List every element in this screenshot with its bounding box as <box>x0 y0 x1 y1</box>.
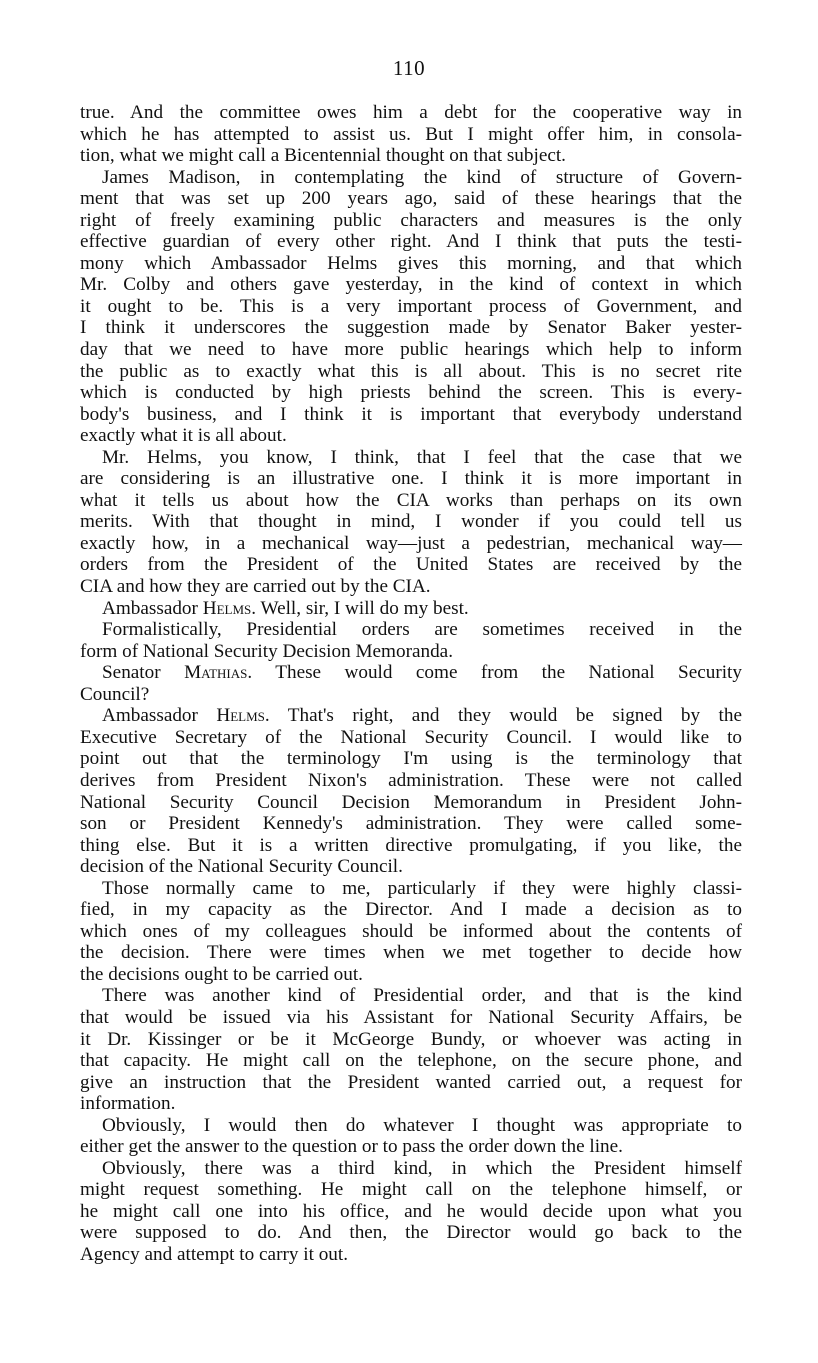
text-line: There was another kind of Presidential o… <box>80 985 742 1007</box>
text-line: Agency and attempt to carry it out. <box>80 1244 742 1266</box>
text-line: National Security Council Decision Memor… <box>80 792 742 814</box>
text-line: the decision. There were times when we m… <box>80 942 742 964</box>
text-line: son or President Kennedy's administratio… <box>80 813 742 835</box>
text-line: exactly what it is all about. <box>80 425 742 447</box>
speech-text: . These would come from the National Sec… <box>247 662 742 683</box>
text-line: effective guardian of every other right.… <box>80 231 742 253</box>
speaker-paragraph: Ambassador Helms. Well, sir, I will do m… <box>80 598 742 620</box>
text-line: exactly how, in a mechanical way—just a … <box>80 533 742 555</box>
paragraph: Obviously, there was a third kind, in wh… <box>80 1158 742 1266</box>
text-line: mony which Ambassador Helms gives this m… <box>80 253 742 275</box>
text-line: Obviously, there was a third kind, in wh… <box>80 1158 742 1180</box>
text-line: thing else. But it is a written directiv… <box>80 835 742 857</box>
text-line: James Madison, in contemplating the kind… <box>80 167 742 189</box>
text-line: true. And the committee owes him a debt … <box>80 102 742 124</box>
text-line: body's business, and I think it is impor… <box>80 404 742 426</box>
speaker-paragraph: Senator Mathias. These would come from t… <box>80 662 742 705</box>
text-line: Ambassador Helms. Well, sir, I will do m… <box>80 598 742 620</box>
text-line: Council? <box>80 684 742 706</box>
text-line: information. <box>80 1093 742 1115</box>
text-line: that capacity. He might call on the tele… <box>80 1050 742 1072</box>
text-line: CIA and how they are carried out by the … <box>80 576 742 598</box>
text-line: Those normally came to me, particularly … <box>80 878 742 900</box>
text-line: Obviously, I would then do whatever I th… <box>80 1115 742 1137</box>
paragraph: There was another kind of Presidential o… <box>80 985 742 1114</box>
text-line: day that we need to have more public hea… <box>80 339 742 361</box>
paragraph: Those normally came to me, particularly … <box>80 878 742 986</box>
text-line: Executive Secretary of the National Secu… <box>80 727 742 749</box>
text-line: Ambassador Helms. That's right, and they… <box>80 705 742 727</box>
text-line: which ones of my colleagues should be in… <box>80 921 742 943</box>
speaker-prefix: Ambassador <box>102 598 203 619</box>
text-line: either get the answer to the question or… <box>80 1136 742 1158</box>
text-line: were supposed to do. And then, the Direc… <box>80 1222 742 1244</box>
text-line: ment that was set up 200 years ago, said… <box>80 188 742 210</box>
speech-text: . Well, sir, I will do my best. <box>251 598 468 619</box>
text-line: I think it underscores the suggestion ma… <box>80 317 742 339</box>
speaker-name: Helms <box>203 598 252 619</box>
text-line: Mr. Helms, you know, I think, that I fee… <box>80 447 742 469</box>
text-line: derives from President Nixon's administr… <box>80 770 742 792</box>
speaker-paragraph: Ambassador Helms. That's right, and they… <box>80 705 742 877</box>
text-line: are considering is an illustrative one. … <box>80 468 742 490</box>
text-line: it Dr. Kissinger or be it McGeorge Bundy… <box>80 1029 742 1051</box>
speaker-name: Mathias <box>184 662 247 683</box>
text-line: Mr. Colby and others gave yesterday, in … <box>80 274 742 296</box>
text-line: the decisions ought to be carried out. <box>80 964 742 986</box>
page-number: 110 <box>0 56 818 81</box>
text-line: he might call one into his office, and h… <box>80 1201 742 1223</box>
text-line: tion, what we might call a Bicentennial … <box>80 145 742 167</box>
text-line: fied, in my capacity as the Director. An… <box>80 899 742 921</box>
text-line: orders from the President of the United … <box>80 554 742 576</box>
text-line: form of National Security Decision Memor… <box>80 641 742 663</box>
paragraph: Mr. Helms, you know, I think, that I fee… <box>80 447 742 598</box>
document-body: true. And the committee owes him a debt … <box>80 102 742 1266</box>
text-line: Senator Mathias. These would come from t… <box>80 662 742 684</box>
text-line: point out that the terminology I'm using… <box>80 748 742 770</box>
text-line: that would be issued via his Assistant f… <box>80 1007 742 1029</box>
text-line: give an instruction that the President w… <box>80 1072 742 1094</box>
speaker-prefix: Senator <box>102 662 184 683</box>
speech-text: . That's right, and they would be signed… <box>265 705 742 726</box>
text-line: it ought to be. This is a very important… <box>80 296 742 318</box>
paragraph: Obviously, I would then do whatever I th… <box>80 1115 742 1158</box>
text-line: right of freely examining public charact… <box>80 210 742 232</box>
text-line: which he has attempted to assist us. But… <box>80 124 742 146</box>
text-line: what it tells us about how the CIA works… <box>80 490 742 512</box>
paragraph: James Madison, in contemplating the kind… <box>80 167 742 447</box>
text-line: merits. With that thought in mind, I won… <box>80 511 742 533</box>
text-line: the public as to exactly what this is al… <box>80 361 742 383</box>
text-line: which is conducted by high priests behin… <box>80 382 742 404</box>
speaker-prefix: Ambassador <box>102 705 216 726</box>
paragraph: true. And the committee owes him a debt … <box>80 102 742 167</box>
text-line: Formalistically, Presidential orders are… <box>80 619 742 641</box>
paragraph: Formalistically, Presidential orders are… <box>80 619 742 662</box>
speaker-name: Helms <box>216 705 265 726</box>
text-line: decision of the National Security Counci… <box>80 856 742 878</box>
text-line: might request something. He might call o… <box>80 1179 742 1201</box>
